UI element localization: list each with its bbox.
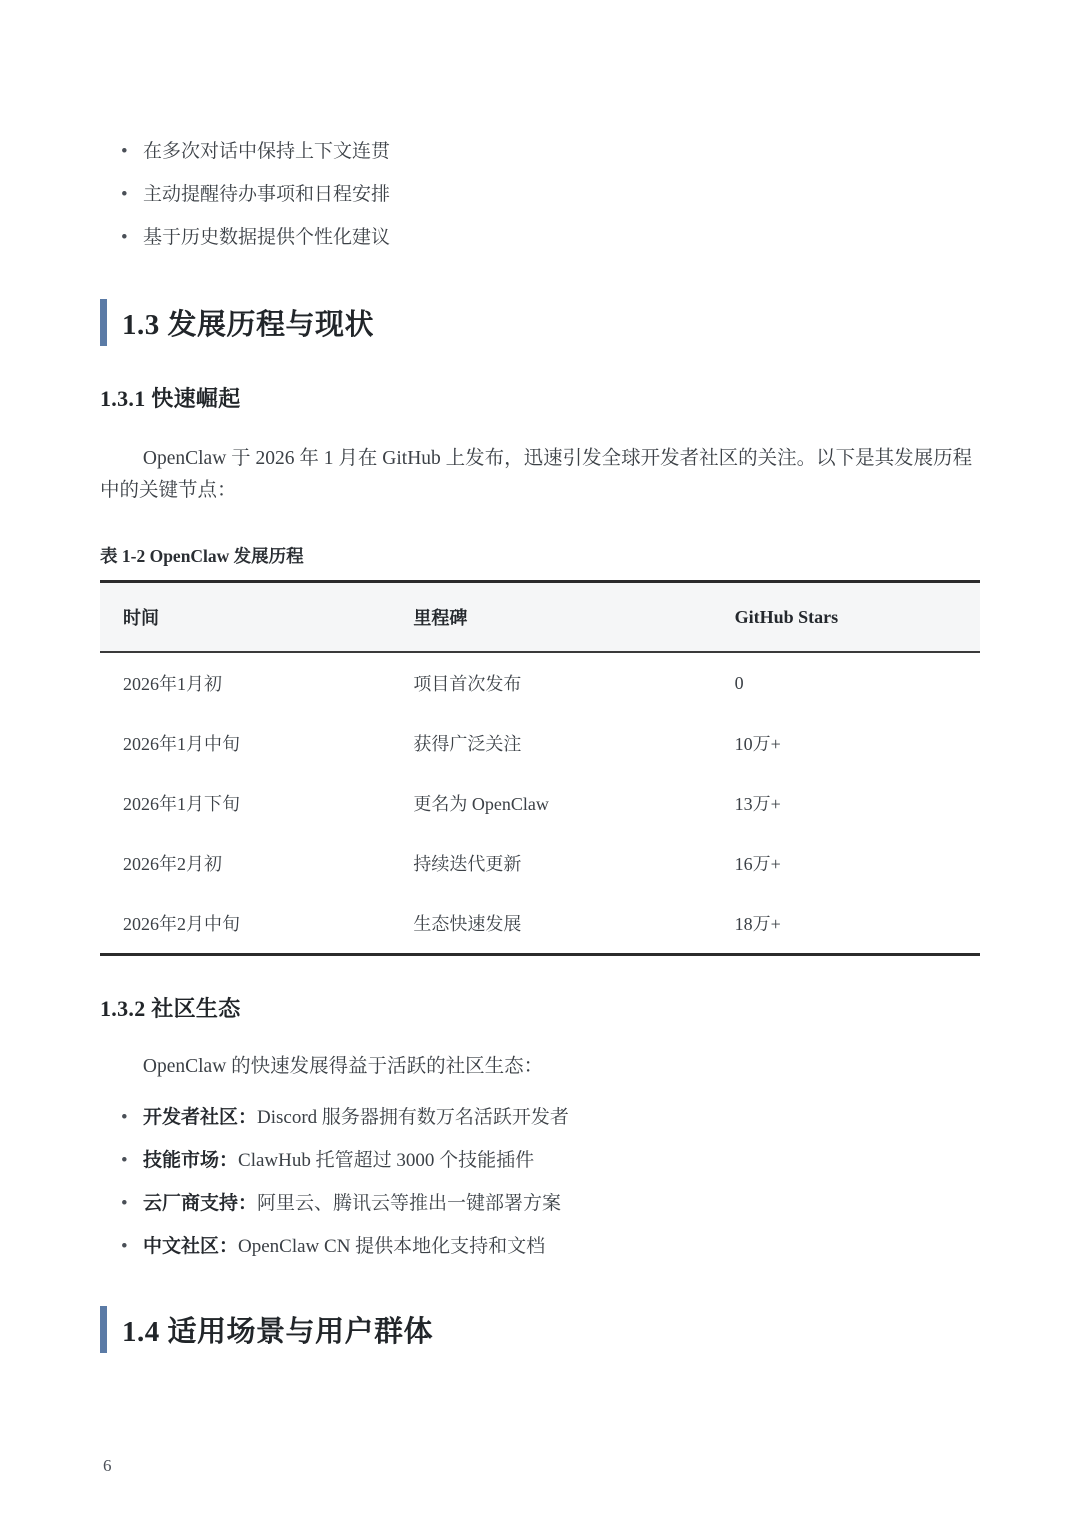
column-header-time: 时间 xyxy=(100,582,390,653)
list-item-label: 技能市场： xyxy=(143,1150,238,1171)
section-heading-1-3: 1.3 发展历程与现状 xyxy=(100,299,980,346)
list-item-text: 在多次对话中保持上下文连贯 xyxy=(143,141,390,162)
document-page: 在多次对话中保持上下文连贯 主动提醒待办事项和日程安排 基于历史数据提供个性化建… xyxy=(0,0,1080,1353)
list-item-label: 开发者社区： xyxy=(143,1107,257,1128)
table-row: 2026年1月初 项目首次发布 0 xyxy=(100,652,980,713)
cell-time: 2026年2月中旬 xyxy=(100,893,390,955)
cell-milestone: 获得广泛关注 xyxy=(390,713,711,773)
table-header-row: 时间 里程碑 GitHub Stars xyxy=(100,582,980,653)
intro-bullet-list: 在多次对话中保持上下文连贯 主动提醒待办事项和日程安排 基于历史数据提供个性化建… xyxy=(100,0,980,249)
subsection-heading-1-3-2: 1.3.2 社区生态 xyxy=(100,992,980,1023)
list-item: 技能市场：ClawHub 托管超过 3000 个技能插件 xyxy=(100,1150,980,1172)
cell-time: 2026年1月中旬 xyxy=(100,713,390,773)
list-item-text: ClawHub 托管超过 3000 个技能插件 xyxy=(238,1150,534,1171)
list-item-label: 云厂商支持： xyxy=(143,1193,257,1214)
table-caption: 表 1-2 OpenClaw 发展历程 xyxy=(100,543,980,568)
list-item-text: 阿里云、腾讯云等推出一键部署方案 xyxy=(257,1193,561,1214)
table-row: 2026年1月下旬 更名为 OpenClaw 13万+ xyxy=(100,773,980,833)
column-header-stars: GitHub Stars xyxy=(712,582,980,653)
cell-time: 2026年1月初 xyxy=(100,652,390,713)
list-item: 中文社区：OpenClaw CN 提供本地化支持和文档 xyxy=(100,1236,980,1258)
cell-milestone: 生态快速发展 xyxy=(390,893,711,955)
table-row: 2026年2月中旬 生态快速发展 18万+ xyxy=(100,893,980,955)
cell-time: 2026年1月下旬 xyxy=(100,773,390,833)
list-item: 云厂商支持：阿里云、腾讯云等推出一键部署方案 xyxy=(100,1193,980,1215)
page-number: 6 xyxy=(103,1456,112,1476)
cell-stars: 10万+ xyxy=(712,713,980,773)
section-heading-1-4: 1.4 适用场景与用户群体 xyxy=(100,1306,980,1353)
milestone-table: 时间 里程碑 GitHub Stars 2026年1月初 项目首次发布 0 20… xyxy=(100,580,980,956)
list-item: 在多次对话中保持上下文连贯 xyxy=(100,141,980,163)
list-item: 基于历史数据提供个性化建议 xyxy=(100,227,980,249)
cell-stars: 0 xyxy=(712,652,980,713)
cell-stars: 18万+ xyxy=(712,893,980,955)
community-bullet-list: 开发者社区：Discord 服务器拥有数万名活跃开发者 技能市场：ClawHub… xyxy=(100,1107,980,1258)
list-item: 主动提醒待办事项和日程安排 xyxy=(100,184,980,206)
cell-milestone: 项目首次发布 xyxy=(390,652,711,713)
list-item-text: 基于历史数据提供个性化建议 xyxy=(143,227,390,248)
section-title: 1.3 发展历程与现状 xyxy=(122,302,374,343)
cell-milestone: 持续迭代更新 xyxy=(390,833,711,893)
list-item: 开发者社区：Discord 服务器拥有数万名活跃开发者 xyxy=(100,1107,980,1129)
paragraph-community: OpenClaw 的快速发展得益于活跃的社区生态： xyxy=(100,1051,980,1083)
heading-accent-bar xyxy=(100,299,107,346)
heading-accent-bar xyxy=(100,1306,107,1353)
cell-milestone: 更名为 OpenClaw xyxy=(390,773,711,833)
list-item-label: 中文社区： xyxy=(143,1236,238,1257)
column-header-milestone: 里程碑 xyxy=(390,582,711,653)
list-item-text: 主动提醒待办事项和日程安排 xyxy=(143,184,390,205)
section-title: 1.4 适用场景与用户群体 xyxy=(122,1309,433,1350)
cell-time: 2026年2月初 xyxy=(100,833,390,893)
cell-stars: 16万+ xyxy=(712,833,980,893)
list-item-text: Discord 服务器拥有数万名活跃开发者 xyxy=(257,1107,569,1128)
cell-stars: 13万+ xyxy=(712,773,980,833)
table-row: 2026年2月初 持续迭代更新 16万+ xyxy=(100,833,980,893)
subsection-heading-1-3-1: 1.3.1 快速崛起 xyxy=(100,382,980,413)
list-item-text: OpenClaw CN 提供本地化支持和文档 xyxy=(238,1236,545,1257)
paragraph-rapid-rise: OpenClaw 于 2026 年 1 月在 GitHub 上发布，迅速引发全球… xyxy=(100,443,980,507)
table-row: 2026年1月中旬 获得广泛关注 10万+ xyxy=(100,713,980,773)
